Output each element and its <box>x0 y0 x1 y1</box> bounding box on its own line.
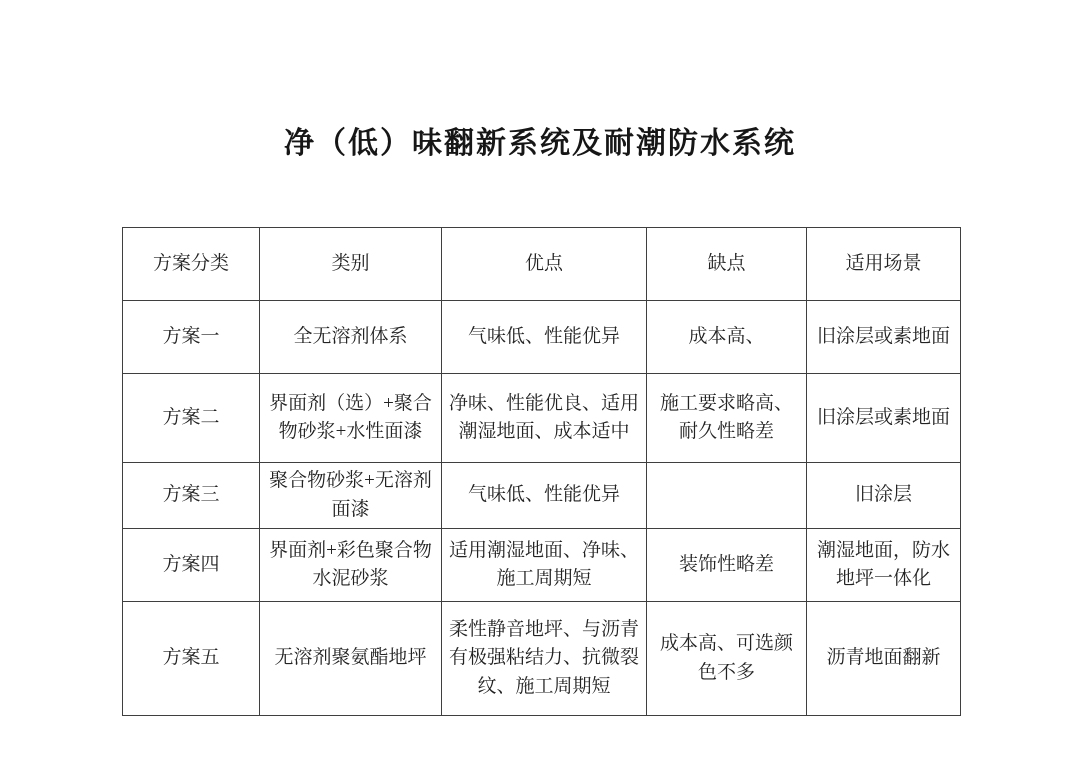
table-row-plan-3: 方案三 聚合物砂浆+无溶剂面漆 气味低、性能优异 旧涂层 <box>123 463 961 529</box>
table-cell: 潮湿地面，防水地坪一体化 <box>807 529 961 602</box>
table-cell: 净味、性能优良、适用潮湿地面、成本适中 <box>442 374 647 463</box>
table-cell: 方案三 <box>123 463 260 529</box>
table-cell: 界面剂+彩色聚合物水泥砂浆 <box>260 529 442 602</box>
table-row-plan-2: 方案二 界面剂（选）+聚合物砂浆+水性面漆 净味、性能优良、适用潮湿地面、成本适… <box>123 374 961 463</box>
table-cell: 方案五 <box>123 602 260 716</box>
table-cell <box>647 463 807 529</box>
column-header-disadvantages: 缺点 <box>647 228 807 301</box>
table-cell: 气味低、性能优异 <box>442 301 647 374</box>
table-cell: 气味低、性能优异 <box>442 463 647 529</box>
table-cell: 适用潮湿地面、净味、施工周期短 <box>442 529 647 602</box>
table-cell: 旧涂层 <box>807 463 961 529</box>
table-cell: 界面剂（选）+聚合物砂浆+水性面漆 <box>260 374 442 463</box>
table-cell: 聚合物砂浆+无溶剂面漆 <box>260 463 442 529</box>
plan-comparison-table: 方案分类 类别 优点 缺点 适用场景 方案一 全无溶剂体系 气味低、性能优异 成… <box>122 227 961 716</box>
table-cell: 成本高、可选颜色不多 <box>647 602 807 716</box>
table-cell: 成本高、 <box>647 301 807 374</box>
document-page: 净（低）味翻新系统及耐潮防水系统 方案分类 类别 优点 缺点 适用场景 方案一 … <box>0 0 1080 780</box>
table-row-plan-4: 方案四 界面剂+彩色聚合物水泥砂浆 适用潮湿地面、净味、施工周期短 装饰性略差 … <box>123 529 961 602</box>
table-cell: 方案一 <box>123 301 260 374</box>
table-row-plan-5: 方案五 无溶剂聚氨酯地坪 柔性静音地坪、与沥青有极强粘结力、抗微裂纹、施工周期短… <box>123 602 961 716</box>
table-cell: 装饰性略差 <box>647 529 807 602</box>
table-cell: 全无溶剂体系 <box>260 301 442 374</box>
table-cell: 沥青地面翻新 <box>807 602 961 716</box>
table-cell: 旧涂层或素地面 <box>807 374 961 463</box>
table-cell: 旧涂层或素地面 <box>807 301 961 374</box>
page-title: 净（低）味翻新系统及耐潮防水系统 <box>0 118 1080 162</box>
table-cell: 方案四 <box>123 529 260 602</box>
table-cell: 方案二 <box>123 374 260 463</box>
column-header-scenarios: 适用场景 <box>807 228 961 301</box>
column-header-plan: 方案分类 <box>123 228 260 301</box>
header-row: 方案分类 类别 优点 缺点 适用场景 <box>123 228 961 301</box>
table-cell: 无溶剂聚氨酯地坪 <box>260 602 442 716</box>
table-cell: 施工要求略高、耐久性略差 <box>647 374 807 463</box>
table-row-plan-1: 方案一 全无溶剂体系 气味低、性能优异 成本高、 旧涂层或素地面 <box>123 301 961 374</box>
table-cell: 柔性静音地坪、与沥青有极强粘结力、抗微裂纹、施工周期短 <box>442 602 647 716</box>
column-header-advantages: 优点 <box>442 228 647 301</box>
column-header-category: 类别 <box>260 228 442 301</box>
